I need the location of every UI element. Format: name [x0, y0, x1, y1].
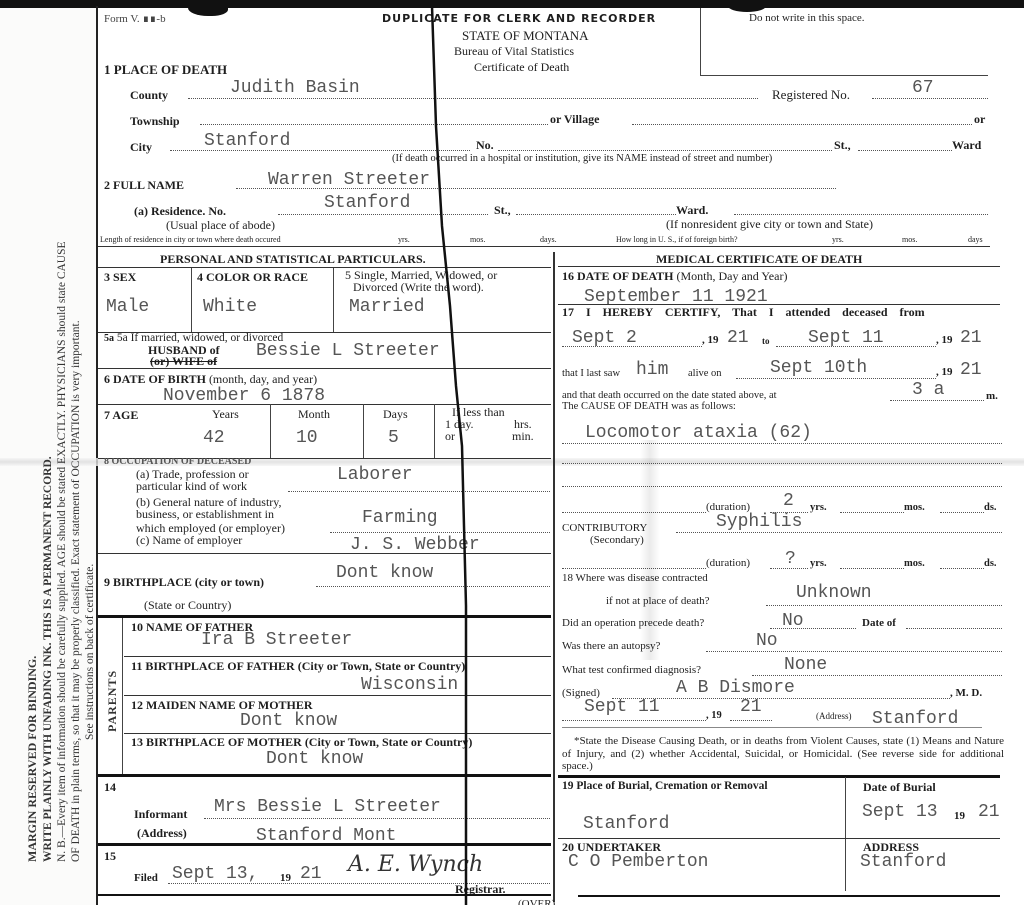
sign-year-prefix: , 19: [706, 710, 722, 721]
contracted-line: [766, 605, 1002, 606]
length-mos-label: mos.: [470, 235, 485, 244]
divider: [124, 656, 551, 657]
pronoun-value[interactable]: him: [636, 360, 668, 380]
sign-date-value[interactable]: Sept 11: [584, 697, 660, 717]
filed-date[interactable]: Sept 13,: [172, 864, 258, 884]
paper-tear: [430, 6, 434, 905]
to-label: to: [762, 336, 770, 346]
trade-value[interactable]: Laborer: [337, 465, 413, 485]
duration2-mos-label: mos.: [904, 558, 925, 569]
informant-address-value[interactable]: Stanford Mont: [256, 826, 396, 844]
father-value[interactable]: Ira B Streeter: [201, 630, 352, 650]
duration-mos-label: mos.: [904, 502, 925, 513]
duration2-label: (duration): [706, 557, 750, 569]
column-divider: [553, 252, 555, 902]
duration2-ds-label: ds.: [984, 558, 997, 569]
last-year-prefix: , 19: [936, 366, 953, 378]
divider: [578, 895, 1000, 897]
from-year[interactable]: 21: [727, 328, 749, 348]
doctor-address-value[interactable]: Stanford: [872, 709, 958, 729]
mother-value[interactable]: Dont know: [240, 711, 337, 731]
time-label: and that death occurred on the date stat…: [562, 390, 777, 401]
residence-st-label: St.,: [494, 203, 511, 218]
divider: [122, 618, 123, 774]
duration2-value[interactable]: ?: [785, 549, 796, 569]
residence-value[interactable]: Stanford: [324, 193, 410, 213]
time-line: [890, 400, 984, 401]
informant-value[interactable]: Mrs Bessie L Streeter: [214, 797, 441, 817]
dod-label: 16 DATE OF DEATH (Month, Day and Year): [562, 269, 787, 284]
duplicate-title: DUPLICATE FOR CLERK AND RECORDER: [382, 12, 656, 25]
state-title: STATE OF MONTANA: [462, 28, 588, 44]
last-year[interactable]: 21: [960, 360, 982, 380]
city-value[interactable]: Stanford: [204, 131, 290, 151]
age-label: 7 AGE: [104, 408, 138, 423]
test-value[interactable]: None: [784, 655, 827, 675]
duration-yrs-label: yrs.: [810, 502, 827, 513]
st-label: St.,: [834, 138, 851, 153]
divider: [558, 775, 1000, 778]
divider: [124, 695, 551, 696]
registered-label: Registered No.: [772, 87, 850, 103]
trade-label-2: particular kind of work: [136, 479, 247, 494]
village-label: or Village: [550, 112, 599, 127]
township-label: Township: [130, 114, 180, 129]
county-label: County: [130, 88, 168, 103]
number-line[interactable]: [498, 150, 832, 151]
abode-note: (Usual place of abode): [166, 218, 275, 233]
duration-ds-line[interactable]: [940, 512, 984, 513]
medical-heading: MEDICAL CERTIFICATE OF DEATH: [656, 252, 862, 267]
burial-date-label: Date of Burial: [863, 780, 936, 795]
test-label: What test confirmed diagnosis?: [562, 664, 701, 676]
marital-value[interactable]: Married: [349, 297, 425, 317]
divider: [562, 727, 982, 728]
divider: [270, 404, 271, 458]
divider: [363, 404, 364, 458]
village-line[interactable]: [632, 124, 972, 125]
divider: [98, 368, 551, 369]
to-value[interactable]: Sept 11: [808, 328, 884, 348]
divider: [98, 774, 551, 777]
divider: [98, 246, 990, 247]
days-value[interactable]: 5: [388, 428, 399, 448]
duration-lead-line: [562, 512, 706, 513]
to-year-prefix: , 19: [936, 334, 953, 346]
filed-label: Filed: [134, 872, 158, 884]
registered-value[interactable]: 67: [912, 78, 934, 98]
trade-line: [288, 491, 550, 492]
from-year-prefix: , 19: [702, 334, 719, 346]
burial-year-value[interactable]: 21: [978, 802, 1000, 822]
ward-label: Ward: [952, 138, 981, 153]
industry-value[interactable]: Farming: [362, 508, 438, 528]
mother-birthplace-label: 13 BIRTHPLACE OF MOTHER (City or Town, S…: [131, 735, 472, 750]
doctor-address-label: (Address): [816, 711, 852, 721]
binding-note: MARGIN RESERVED FOR BINDING.: [26, 656, 39, 862]
autopsy-value[interactable]: No: [756, 631, 778, 651]
undertaker-address-value[interactable]: Stanford: [860, 852, 946, 872]
spouse-value[interactable]: Bessie L Streeter: [256, 341, 440, 361]
mother-birthplace-value[interactable]: Dont know: [266, 749, 363, 769]
ink-blot: [188, 0, 228, 16]
birthplace-state-label: (State or Country): [144, 598, 231, 613]
certificate-title: Certificate of Death: [474, 60, 569, 75]
parents-side-label: PARENTS: [106, 670, 119, 732]
duration2-yrs-label: yrs.: [810, 558, 827, 569]
min-label: min.: [512, 429, 534, 444]
divider: [558, 266, 1000, 267]
burial-century: 19: [954, 810, 965, 822]
to-year[interactable]: 21: [960, 328, 982, 348]
burial-place-value[interactable]: Stanford: [583, 814, 669, 834]
divider: [98, 894, 551, 896]
month-value[interactable]: 10: [296, 428, 318, 448]
race-label: 4 COLOR OR RACE: [197, 270, 308, 285]
cause-line-3[interactable]: [562, 486, 1002, 487]
scan-edge: [0, 0, 1024, 8]
test-line: [752, 675, 1002, 676]
burial-place-label: 19 Place of Burial, Cremation or Removal: [562, 780, 768, 792]
operation-label: Did an operation precede death?: [562, 617, 704, 629]
contracted-label: 18 Where was disease contracted: [562, 572, 708, 584]
no-label: No.: [476, 138, 494, 153]
birthplace-value[interactable]: Dont know: [336, 563, 433, 583]
paper-fold-shadow: [640, 440, 660, 660]
filed-century: 19: [280, 872, 291, 884]
secondary-label: (Secondary): [590, 534, 644, 546]
duration-mos-line[interactable]: [840, 512, 904, 513]
certify-label: 17 I HEREBY CERTIFY, That I attended dec…: [562, 305, 925, 320]
date-of-label: Date of: [862, 617, 896, 629]
duration-ds-label: ds.: [984, 502, 997, 513]
dob-label: 6 DATE OF BIRTH (month, day, and year): [104, 372, 317, 387]
informant-address-label: (Address): [137, 826, 187, 841]
dob-value[interactable]: November 6 1878: [163, 386, 325, 406]
margin-rule: [96, 6, 98, 905]
registered-line: [872, 98, 988, 99]
reserved-box: Do not write in this space.: [700, 8, 988, 76]
reserved-box-label: Do not write in this space.: [749, 12, 864, 24]
cause-label: The CAUSE OF DEATH was as follows:: [562, 401, 736, 412]
duration-value[interactable]: 2: [783, 491, 794, 511]
divider: [845, 777, 846, 891]
divider: [98, 615, 551, 618]
informant-number: 14: [104, 780, 116, 795]
md-label: , M. D.: [950, 687, 982, 699]
form-number: Form V. ∎∎-b: [104, 12, 166, 25]
divider: [558, 838, 1000, 839]
sex-value[interactable]: Male: [106, 297, 149, 317]
street-line[interactable]: [858, 150, 952, 151]
divider: [124, 733, 551, 734]
cause-line-2[interactable]: [562, 463, 1002, 464]
over-label: (OVER): [518, 898, 555, 905]
occupation-heading: 8 OCCUPATION OF DECEASED: [104, 458, 251, 465]
filed-year[interactable]: 21: [300, 864, 322, 884]
alive-on-label: alive on: [688, 368, 722, 379]
sex-label: 3 SEX: [104, 270, 136, 285]
nb-line-2: OF DEATH in plain terms, so that it may …: [70, 320, 83, 862]
divider: [333, 268, 334, 332]
informant-line: [204, 818, 550, 819]
personal-heading: PERSONAL AND STATISTICAL PARTICULARS.: [160, 252, 426, 267]
cause-instruction-note: *State the Disease Causing Death, or in …: [562, 735, 1004, 773]
industry-label-2: business, or establishment in: [136, 507, 274, 522]
burial-date-value[interactable]: Sept 13: [862, 802, 938, 822]
contributory-line: [676, 532, 1002, 533]
employer-label: (c) Name of employer: [136, 533, 242, 548]
divider: [191, 268, 192, 332]
undertaker-value[interactable]: C O Pemberton: [568, 852, 708, 872]
from-value[interactable]: Sept 2: [572, 328, 637, 348]
residence-ward-label: Ward.: [676, 203, 708, 218]
bureau-title: Bureau of Vital Statistics: [454, 44, 574, 59]
duration2-mos-line[interactable]: [840, 568, 904, 569]
us-yrs-label: yrs.: [832, 235, 844, 244]
month-label: Month: [298, 407, 330, 422]
us-mos-label: mos.: [902, 235, 917, 244]
divider: [98, 843, 551, 846]
operation-date-line[interactable]: [906, 628, 1002, 629]
contracted-value[interactable]: Unknown: [796, 583, 872, 603]
birthplace-label: 9 BIRTHPLACE (city or town): [104, 575, 264, 590]
signed-value[interactable]: A B Dismore: [676, 678, 795, 698]
cause-line-1: [562, 443, 1002, 444]
duration2-ds-line[interactable]: [940, 568, 984, 569]
contributory-value[interactable]: Syphilis: [716, 512, 802, 532]
county-line: [188, 98, 758, 99]
place-of-death-heading: 1 PLACE OF DEATH: [104, 62, 227, 78]
or-label: or: [974, 112, 985, 127]
write-plainly-note: WRITE PLAINLY WITH UNFADING INK. THIS IS…: [42, 456, 55, 862]
length-residence-label: Length of residence in city or town wher…: [100, 235, 281, 244]
sign-date-line: [562, 720, 706, 721]
last-saw-line: [736, 378, 936, 379]
township-line[interactable]: [200, 124, 548, 125]
filed-number: 15: [104, 849, 116, 864]
sign-year-value[interactable]: 21: [740, 697, 762, 717]
years-label: Years: [212, 407, 239, 422]
duration2-lead-line: [562, 568, 706, 569]
operation-value[interactable]: No: [782, 611, 804, 631]
years-value[interactable]: 42: [203, 428, 225, 448]
days-label: Days: [383, 407, 408, 422]
race-value[interactable]: White: [203, 297, 257, 317]
m-label: m.: [986, 390, 998, 402]
length-days-label: days.: [540, 235, 557, 244]
nb-line-1: N. B.—Every item of information should b…: [56, 241, 69, 862]
time-value[interactable]: 3 a: [912, 380, 944, 400]
signed-line: [612, 698, 950, 699]
wife-label: (or) WIFE of: [150, 354, 217, 369]
sign-year-line: [730, 720, 772, 721]
full-name-value[interactable]: Warren Streeter: [268, 170, 430, 190]
cause-value[interactable]: Locomotor ataxia (62): [585, 423, 812, 443]
us-days-label: days: [968, 235, 983, 244]
residence-label: (a) Residence. No.: [134, 204, 226, 219]
full-name-label: 2 FULL NAME: [104, 178, 184, 193]
last-saw-value[interactable]: Sept 10th: [770, 358, 867, 378]
city-label: City: [130, 140, 152, 155]
informant-label: Informant: [134, 807, 187, 822]
residence-street-line[interactable]: [516, 214, 676, 215]
nb-line-3: See instructions on back of certificate.: [84, 564, 97, 740]
nonresident-note: (If nonresident give city or town and St…: [666, 217, 873, 232]
length-yrs-label: yrs.: [398, 235, 410, 244]
contributory-label: CONTRIBUTORY: [562, 522, 647, 534]
divider: [98, 553, 551, 554]
us-residence-label: How long in U. S., if of foreign birth?: [616, 235, 738, 244]
residence-ward-line[interactable]: [734, 214, 988, 215]
autopsy-line: [706, 651, 1002, 652]
father-birthplace-label: 11 BIRTHPLACE OF FATHER (City or Town, S…: [131, 659, 465, 674]
last-saw-label: that I last saw: [562, 368, 620, 379]
county-value[interactable]: Judith Basin: [230, 78, 360, 98]
